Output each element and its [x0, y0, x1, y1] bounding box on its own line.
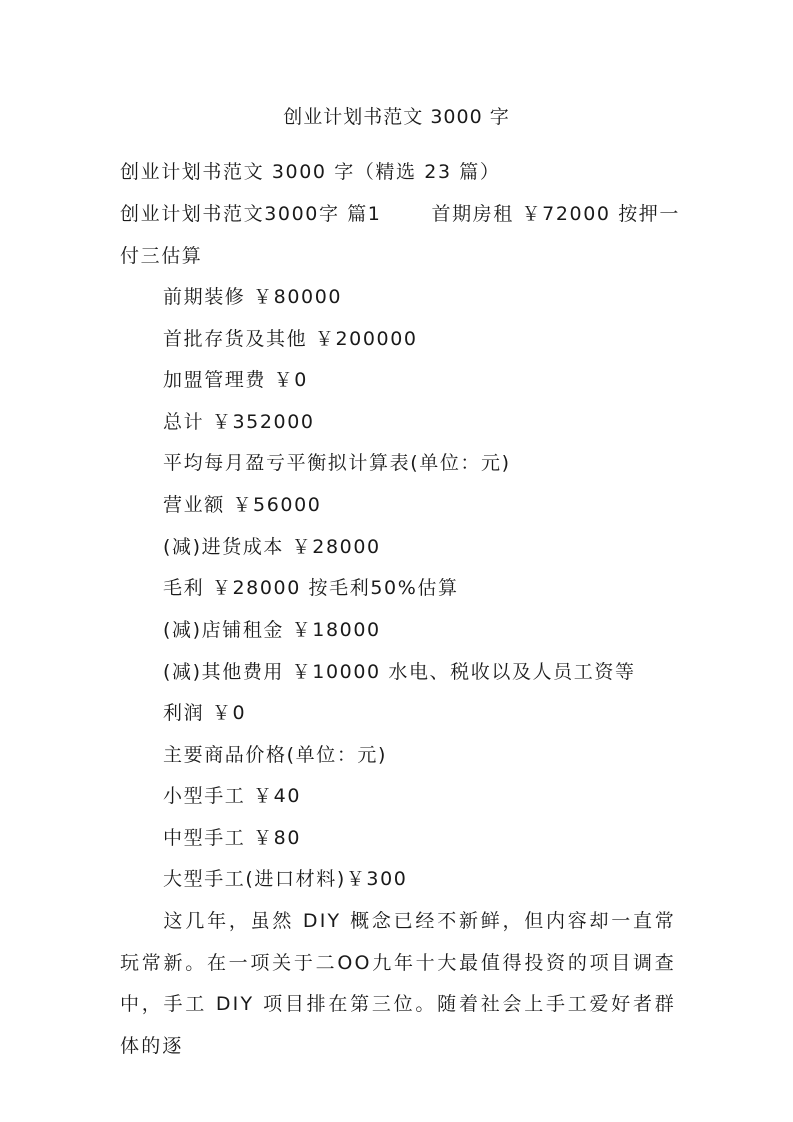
- cost-total: 总计 ￥352000: [163, 409, 315, 435]
- document-title: 创业计划书范文 3000 字: [0, 104, 793, 130]
- section-label: 创业计划书范文3000字 篇1: [120, 203, 381, 225]
- paragraph-text: 这几年，虽然 DIY 概念已经不新鲜，但内容却一直常玩常新。在一项关于二OO九年…: [120, 910, 676, 1057]
- cost-item: 加盟管理费 ￥0: [163, 367, 308, 393]
- monthly-table-title: 平均每月盈亏平衡拟计算表(单位：元): [163, 450, 511, 476]
- monthly-row: (减)其他费用 ￥10000 水电、税收以及人员工资等: [163, 659, 636, 685]
- monthly-row: 毛利 ￥28000 按毛利50%估算: [163, 575, 459, 601]
- monthly-row: (减)进货成本 ￥28000: [163, 534, 381, 560]
- price-row: 大型手工(进口材料)￥300: [163, 866, 408, 892]
- monthly-row: 营业额 ￥56000: [163, 492, 321, 518]
- first-rent-text: 首期房租 ￥72000 按押一: [431, 203, 680, 225]
- monthly-row: (减)店铺租金 ￥18000: [163, 617, 381, 643]
- document-page: 创业计划书范文 3000 字 创业计划书范文 3000 字（精选 23 篇） 创…: [0, 0, 793, 1122]
- section-heading-line: 创业计划书范文3000字 篇1首期房租 ￥72000 按押一: [120, 201, 680, 227]
- document-subtitle: 创业计划书范文 3000 字（精选 23 篇）: [120, 159, 501, 185]
- price-table-title: 主要商品价格(单位：元): [163, 742, 387, 768]
- section-heading-continuation: 付三估算: [120, 243, 202, 269]
- price-row: 小型手工 ￥40: [163, 783, 301, 809]
- price-row: 中型手工 ￥80: [163, 825, 301, 851]
- body-paragraph: 这几年，虽然 DIY 概念已经不新鲜，但内容却一直常玩常新。在一项关于二OO九年…: [120, 901, 676, 1067]
- cost-item: 首批存货及其他 ￥200000: [163, 326, 418, 352]
- cost-item: 前期装修 ￥80000: [163, 284, 342, 310]
- monthly-row: 利润 ￥0: [163, 700, 246, 726]
